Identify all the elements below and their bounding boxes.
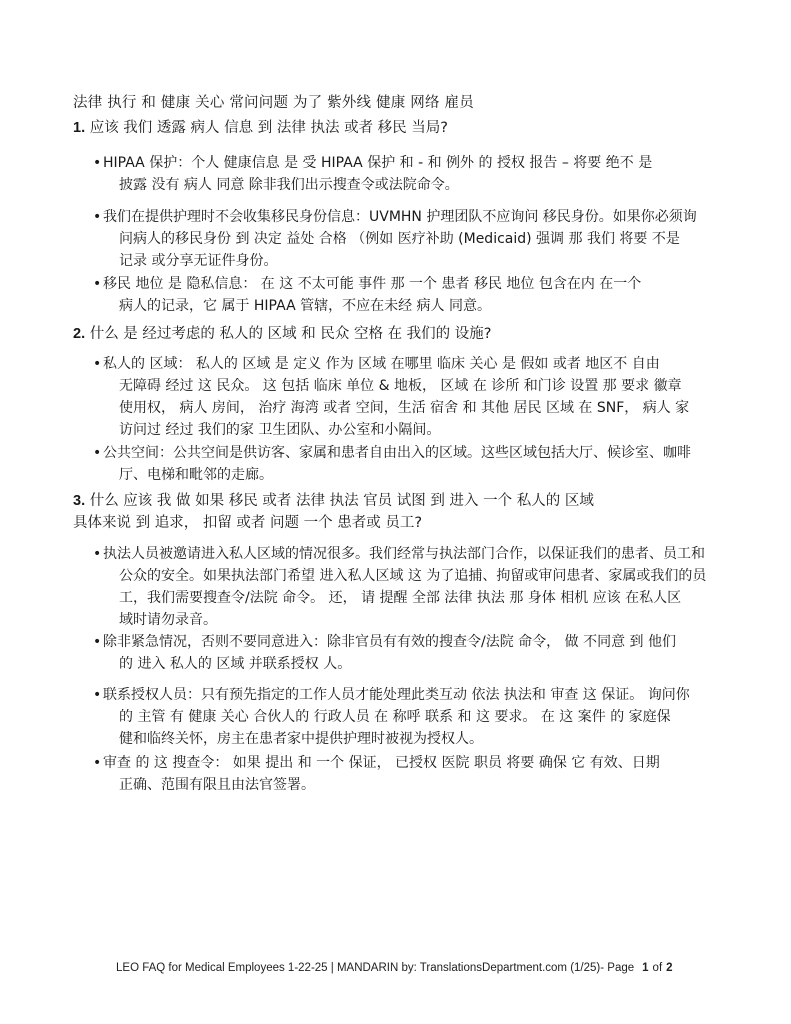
bullet-icon: •: [93, 684, 103, 706]
question-1: 1. 应该 我们 透露 病人 信息 到 法律 执法 或者 移民 当局?: [73, 117, 448, 139]
bullet-item: •审查 的 这 搜查令： 如果 提出 和 一个 保证， 已授权 医院 职员 将要…: [93, 752, 733, 796]
question-text: 具体来说 到 追求， 扣留 或者 问题 一个 患者或 员工?: [73, 512, 594, 534]
footer-text: LEO FAQ for Medical Employees 1-22-25 | …: [116, 962, 634, 974]
page-footer: LEO FAQ for Medical Employees 1-22-25 | …: [116, 962, 673, 974]
bullet-icon: •: [93, 152, 103, 174]
page-total: 2: [666, 962, 672, 974]
page-number: 1: [642, 962, 648, 974]
bullet-item: •移民 地位 是 隐私信息： 在 这 不太可能 事件 那 一个 患者 移民 地位…: [93, 273, 733, 317]
bullet-icon: •: [93, 273, 103, 295]
bullet-icon: •: [93, 442, 103, 464]
question-2: 2. 什么 是 经过考虑的 私人的 区域 和 民众 空格 在 我们的 设施?: [73, 323, 492, 345]
bullet-item: •我们在提供护理时不会收集移民身份信息：UVMHN 护理团队不应询问 移民身份。…: [93, 206, 733, 272]
question-number: 2.: [73, 326, 85, 342]
bullet-item: •公共空间：公共空间是供访客、家属和患者自由出入的区域。这些区域包括大厅、候诊室…: [93, 442, 733, 486]
bullet-icon: •: [93, 206, 103, 228]
bullet-item: •联系授权人员：只有预先指定的工作人员才能处理此类互动 依法 执法和 审查 这 …: [93, 684, 733, 750]
question-text: 应该 我们 透露 病人 信息 到 法律 执法 或者 移民 当局?: [90, 120, 448, 136]
document-title: 法律 执行 和 健康 关心 常问问题 为了 紫外线 健康 网络 雇员: [73, 91, 474, 112]
of-label: of: [653, 962, 663, 974]
question-3: 3. 什么 应该 我 做 如果 移民 或者 法律 执法 官员 试图 到 进入 一…: [73, 490, 594, 534]
question-text: 什么 应该 我 做 如果 移民 或者 法律 执法 官员 试图 到 进入 一个 私…: [90, 493, 594, 509]
bullet-icon: •: [93, 353, 103, 375]
bullet-item: •HIPAA 保护：个人 健康信息 是 受 HIPAA 保护 和 - 和 例外 …: [93, 152, 733, 196]
bullet-item: •除非紧急情况，否则不要同意进入：除非官员有有效的搜查令/法院 命令， 做 不同…: [93, 631, 733, 675]
question-text: 什么 是 经过考虑的 私人的 区域 和 民众 空格 在 我们的 设施?: [90, 326, 492, 342]
bullet-item: •执法人员被邀请进入私人区域的情况很多。我们经常与执法部门合作，以保证我们的患者…: [93, 543, 733, 631]
bullet-item: •私人的 区域： 私人的 区域 是 定义 作为 区域 在哪里 临床 关心 是 假…: [93, 353, 733, 441]
question-number: 3.: [73, 493, 85, 509]
bullet-icon: •: [93, 752, 103, 774]
question-number: 1.: [73, 120, 85, 136]
document-page: 法律 执行 和 健康 关心 常问问题 为了 紫外线 健康 网络 雇员 1. 应该…: [0, 0, 791, 1024]
bullet-icon: •: [93, 543, 103, 565]
bullet-icon: •: [93, 631, 103, 653]
